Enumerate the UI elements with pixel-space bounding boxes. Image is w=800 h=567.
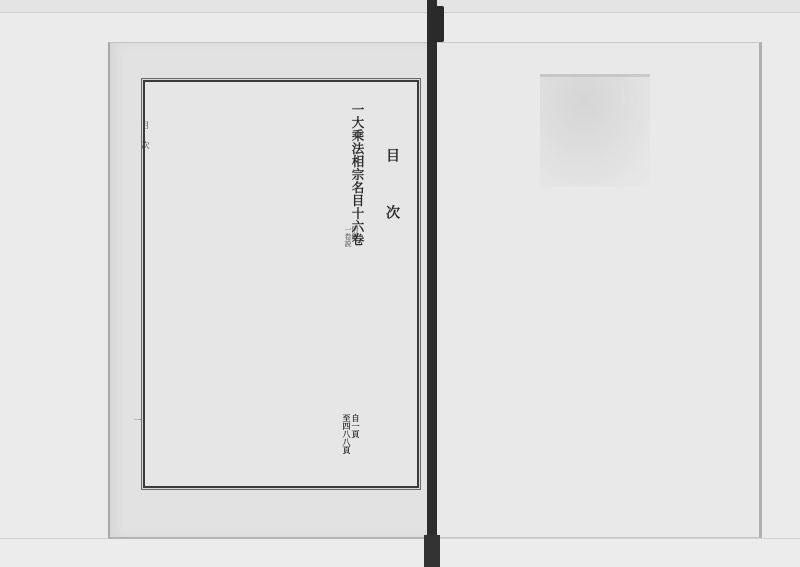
bleed-through-stain [540, 74, 650, 187]
toc-entry-note-line-2: 一卷説 [344, 226, 351, 247]
toc-title-char-2: 次 [382, 205, 402, 219]
running-header-char-2: 次 [140, 141, 151, 149]
spine-top-cap [430, 6, 444, 42]
toc-entry-range-from: 自一頁 [352, 414, 360, 438]
running-header-char-1: 目 [140, 121, 151, 129]
toc-frame-border [143, 80, 419, 488]
toc-entry-range-to: 至四八八頁 [343, 414, 351, 454]
toc-entry-note-line-1: 附解 [351, 226, 358, 240]
scan-top-band [0, 0, 800, 13]
toc-entry-title: 一大乘法相宗名目十六卷 [348, 103, 366, 246]
scan-bottom-band [0, 538, 800, 567]
toc-title-char-1: 目 [382, 148, 402, 162]
page-number: 一 [132, 416, 143, 424]
book-spine-gutter [427, 0, 437, 567]
spine-bottom-cap [424, 535, 440, 567]
